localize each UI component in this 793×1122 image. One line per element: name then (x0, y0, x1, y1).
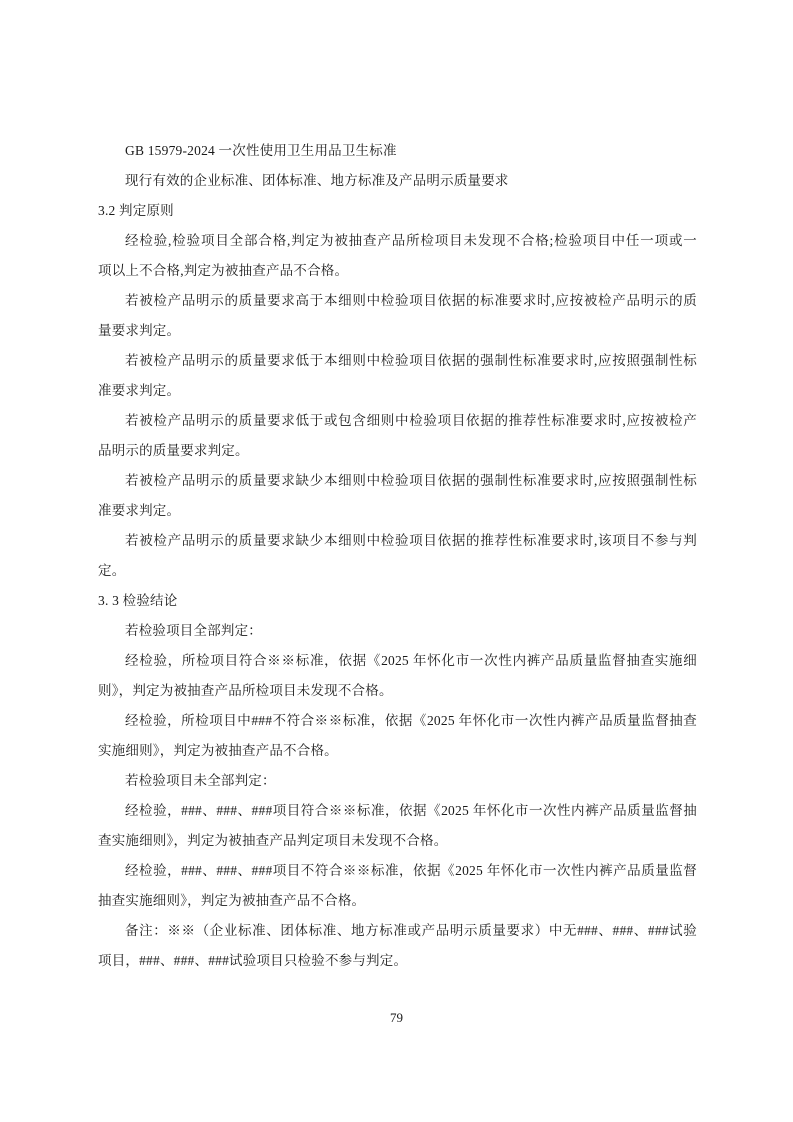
conclusion-condition-line: 若检验项目全部判定： (98, 616, 697, 646)
conclusion-paragraph: 经检验，所检项目符合※※标准，依据《2025 年怀化市一次性内裤产品质量监督抽查… (98, 646, 697, 676)
judgement-principle-paragraph: 经检验,检验项目全部合格,判定为被抽查产品所检项目未发现不合格;检验项目中任一项… (98, 226, 697, 256)
conclusion-paragraph: 实施细则》，判定为被抽查产品不合格。 (98, 736, 697, 766)
conclusion-paragraph: 经检验，###、###、###项目不符合※※标准，依据《2025 年怀化市一次性… (98, 856, 697, 886)
document-page: GB 15979-2024 一次性使用卫生用品卫生标准现行有效的企业标准、团体标… (0, 0, 793, 1122)
judgement-principle-paragraph: 准要求判定。 (98, 376, 697, 406)
judgement-principle-paragraph: 定。 (98, 556, 697, 586)
reference-standard-line: 现行有效的企业标准、团体标准、地方标准及产品明示质量要求 (98, 166, 697, 196)
judgement-principle-paragraph: 准要求判定。 (98, 496, 697, 526)
section-heading-3-3: 3. 3 检验结论 (98, 586, 697, 616)
reference-standard-line: GB 15979-2024 一次性使用卫生用品卫生标准 (98, 136, 697, 166)
judgement-principle-paragraph: 若被检产品明示的质量要求低于或包含细则中检验项目依据的推荐性标准要求时,应按被检… (98, 406, 697, 436)
conclusion-paragraph: 抽查实施细则》，判定为被抽查产品不合格。 (98, 886, 697, 916)
judgement-principle-paragraph: 若被检产品明示的质量要求高于本细则中检验项目依据的标准要求时,应按被检产品明示的… (98, 286, 697, 316)
conclusion-condition-line: 若检验项目未全部判定： (98, 766, 697, 796)
conclusion-paragraph: 经检验，所检项目中###不符合※※标准，依据《2025 年怀化市一次性内裤产品质… (98, 706, 697, 736)
document-body: GB 15979-2024 一次性使用卫生用品卫生标准现行有效的企业标准、团体标… (98, 136, 697, 976)
section-heading-3-2: 3.2 判定原则 (98, 196, 697, 226)
judgement-principle-paragraph: 量要求判定。 (98, 316, 697, 346)
conclusion-paragraph: 经检验，###、###、###项目符合※※标准，依据《2025 年怀化市一次性内… (98, 796, 697, 826)
page-number: 79 (0, 1008, 793, 1028)
conclusion-paragraph: 查实施细则》，判定为被抽查产品判定项目未发现不合格。 (98, 826, 697, 856)
remark-paragraph: 项目，###、###、###试验项目只检验不参与判定。 (98, 946, 697, 976)
remark-paragraph: 备注：※※（企业标准、团体标准、地方标准或产品明示质量要求）中无###、###、… (98, 916, 697, 946)
judgement-principle-paragraph: 项以上不合格,判定为被抽查产品不合格。 (98, 256, 697, 286)
judgement-principle-paragraph: 若被检产品明示的质量要求低于本细则中检验项目依据的强制性标准要求时,应按照强制性… (98, 346, 697, 376)
judgement-principle-paragraph: 若被检产品明示的质量要求缺少本细则中检验项目依据的推荐性标准要求时,该项目不参与… (98, 526, 697, 556)
judgement-principle-paragraph: 若被检产品明示的质量要求缺少本细则中检验项目依据的强制性标准要求时,应按照强制性… (98, 466, 697, 496)
conclusion-paragraph: 则》，判定为被抽查产品所检项目未发现不合格。 (98, 676, 697, 706)
judgement-principle-paragraph: 品明示的质量要求判定。 (98, 436, 697, 466)
